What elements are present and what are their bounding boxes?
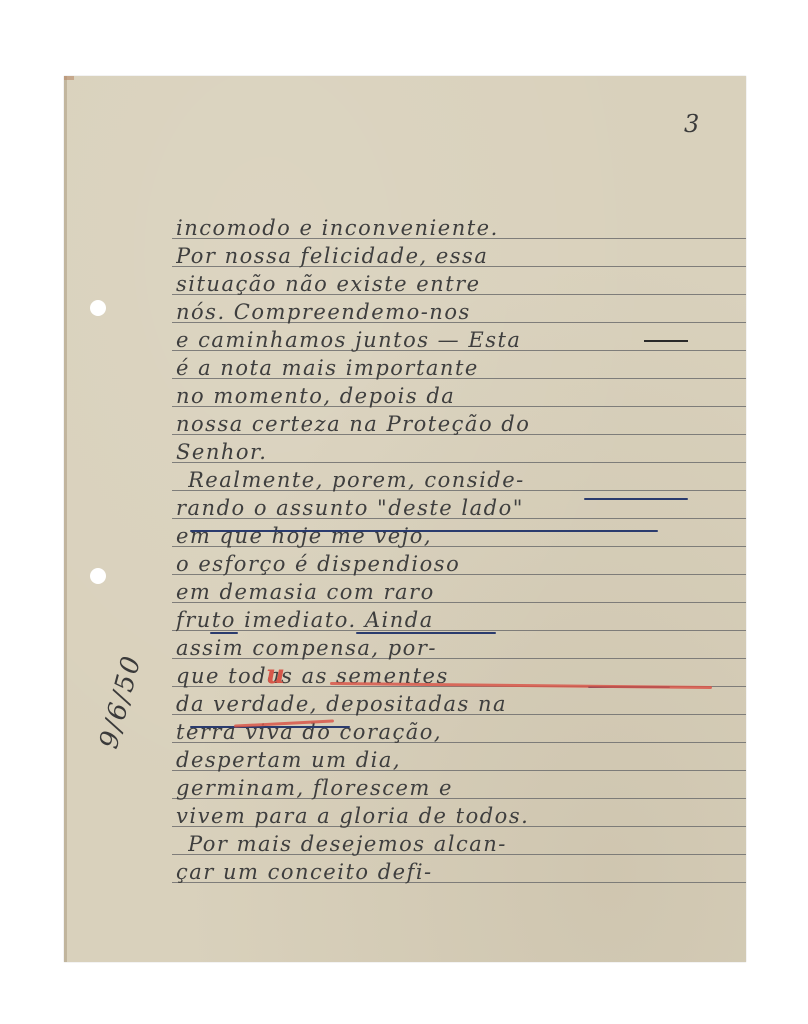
- handwritten-line: despertam um dia,: [176, 744, 738, 772]
- handwritten-line: assim compensa, por-: [176, 632, 738, 660]
- handwritten-line: vivem para a gloria de todos.: [176, 800, 738, 828]
- strikethrough-mark: [644, 340, 688, 342]
- punch-hole-lower: [90, 568, 106, 584]
- handwritten-line: Por nossa felicidade, essa: [176, 240, 738, 268]
- handwritten-line: Senhor.: [176, 436, 738, 464]
- handwritten-line: incomodo e inconveniente.: [176, 212, 738, 240]
- handwritten-line: da verdade, depositadas na: [176, 688, 738, 716]
- handwritten-line: Realmente, porem, conside-: [188, 464, 738, 492]
- paper-corner-stain: [64, 76, 74, 80]
- manuscript-page: 3 9/6/50 incomodo e inconveniente. Por n…: [64, 76, 746, 962]
- handwritten-line: terra viva do coração,: [176, 716, 738, 744]
- blue-underline-fruto: [210, 632, 238, 634]
- handwritten-line: e caminhamos juntos — Esta: [176, 324, 738, 352]
- handwritten-line: é a nota mais importante: [176, 352, 738, 380]
- handwritten-line: çar um conceito defi-: [176, 856, 738, 884]
- handwritten-line: Por mais desejemos alcan-: [188, 828, 738, 856]
- handwritten-line: nós. Compreendemo-nos: [176, 296, 738, 324]
- handwritten-line: em que hoje me vejo,: [176, 520, 738, 548]
- handwritten-line: em demasia com raro: [176, 576, 738, 604]
- handwritten-line: nossa certeza na Proteção do: [176, 408, 738, 436]
- blue-underline-verdade: [190, 726, 350, 728]
- margin-date: 9/6/50: [94, 652, 148, 752]
- blue-underline-assunto: [190, 530, 658, 532]
- punch-hole-upper: [90, 300, 106, 316]
- blue-underline-imediato: [356, 632, 496, 634]
- page-number: 3: [684, 110, 699, 138]
- paper-edge: [64, 76, 67, 962]
- blue-underline-considerando: [584, 498, 688, 500]
- handwritten-line: o esforço é dispendioso: [176, 548, 738, 576]
- handwritten-line: germinam, florescem e: [176, 772, 738, 800]
- handwritten-line: rando o assunto "deste lado": [176, 492, 738, 520]
- red-pencil-mark: u: [266, 660, 285, 690]
- handwritten-line: fruto imediato. Ainda: [176, 604, 738, 632]
- handwritten-line: no momento, depois da: [176, 380, 738, 408]
- handwritten-line: situação não existe entre: [176, 268, 738, 296]
